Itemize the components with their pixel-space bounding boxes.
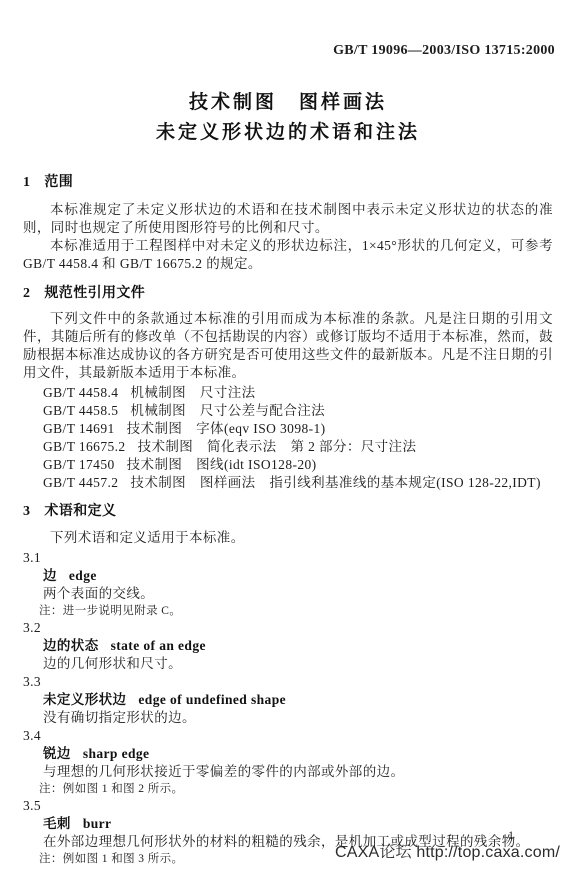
section-1-heading: 1范围 [23,172,553,192]
term-name-en: edge of undefined shape [138,692,286,707]
term-name: 毛刺burr [23,815,553,833]
term-entry: 3.4 锐边sharp edge 与理想的几何形状接近于零偏差的零件的内部或外部… [23,727,553,797]
section-2-heading: 2规范性引用文件 [23,283,553,303]
reference-title: 机械制图 尺寸公差与配合注法 [130,403,325,418]
reference-item: GB/T 4458.5机械制图 尺寸公差与配合注法 [23,402,553,420]
document-title-line2: 未定义形状边的术语和注法 [0,118,576,148]
reference-code: GB/T 16675.2 [43,439,126,454]
section-2-number: 2 [23,286,30,301]
term-number: 3.1 [23,549,553,567]
reference-item: GB/T 4458.4机械制图 尺寸注法 [23,384,553,402]
reference-code: GB/T 14691 [43,421,115,436]
document-title: 技术制图 图样画法 未定义形状边的术语和注法 [0,88,576,148]
term-name: 边的状态state of an edge [23,637,553,655]
term-note: 注：进一步说明见附录 C。 [23,603,553,619]
term-entry: 3.3 未定义形状边edge of undefined shape 没有确切指定… [23,673,553,727]
section-3-number: 3 [23,504,30,519]
term-name-cn: 毛刺 [43,816,71,831]
term-name-en: sharp edge [83,746,150,761]
section-1-paragraph-1: 本标准规定了未定义形状边的术语和在技术制图中表示未定义形状边的状态的准则，同时也… [23,201,553,237]
section-1-heading-label: 范围 [44,173,73,189]
reference-title: 技术制图 图线(idt ISO128-20) [127,457,317,472]
reference-item: GB/T 4457.2技术制图 图样画法 指引线利基准线的基本规定(ISO 12… [23,474,553,492]
reference-item: GB/T 16675.2技术制图 简化表示法 第 2 部分：尺寸注法 [23,438,553,456]
term-number: 3.3 [23,673,553,691]
reference-code: GB/T 4457.2 [43,475,118,490]
section-3-intro: 下列术语和定义适用于本标准。 [23,529,553,547]
term-definition: 两个表面的交线。 [23,585,553,603]
standard-code: GB/T 19096—2003/ISO 13715:2000 [333,43,555,59]
reference-list: GB/T 4458.4机械制图 尺寸注法 GB/T 4458.5机械制图 尺寸公… [23,384,553,492]
reference-code: GB/T 4458.4 [43,385,118,400]
term-number: 3.5 [23,797,553,815]
term-name: 边edge [23,567,553,585]
reference-title: 机械制图 尺寸注法 [130,385,255,400]
reference-code: GB/T 4458.5 [43,403,118,418]
document-page: GB/T 19096—2003/ISO 13715:2000 技术制图 图样画法… [0,0,576,869]
term-note: 注：例如图 1 和图 2 所示。 [23,781,553,797]
section-3-heading: 3术语和定义 [23,501,553,521]
term-definition: 边的几何形状和尺寸。 [23,655,553,673]
document-body: 1范围 本标准规定了未定义形状边的术语和在技术制图中表示未定义形状边的状态的准则… [23,172,553,867]
term-name-cn: 未定义形状边 [43,692,126,707]
caxa-watermark: CAXA论坛 http://top.caxa.com/ [335,839,560,862]
term-definition: 没有确切指定形状的边。 [23,709,553,727]
term-number: 3.4 [23,727,553,745]
term-number: 3.2 [23,619,553,637]
term-definition: 与理想的几何形状接近于零偏差的零件的内部或外部的边。 [23,763,553,781]
term-entry: 3.2 边的状态state of an edge 边的几何形状和尺寸。 [23,619,553,673]
term-name: 锐边sharp edge [23,745,553,763]
term-name: 未定义形状边edge of undefined shape [23,691,553,709]
term-name-cn: 边 [43,568,57,583]
section-3-heading-label: 术语和定义 [44,502,116,518]
reference-code: GB/T 17450 [43,457,115,472]
reference-item: GB/T 17450技术制图 图线(idt ISO128-20) [23,456,553,474]
document-title-line1: 技术制图 图样画法 [0,88,576,118]
reference-title: 技术制图 图样画法 指引线利基准线的基本规定(ISO 128-22,IDT) [130,475,540,490]
term-name-en: burr [83,816,112,831]
term-name-cn: 边的状态 [43,638,99,653]
reference-item: GB/T 14691技术制图 字体(eqv ISO 3098-1) [23,420,553,438]
section-1-paragraph-2: 本标准适用于工程图样中对未定义的形状边标注，1×45°形状的几何定义，可参考 G… [23,237,553,273]
section-2-heading-label: 规范性引用文件 [44,284,145,300]
term-entry: 3.1 边edge 两个表面的交线。 注：进一步说明见附录 C。 [23,549,553,619]
reference-title: 技术制图 字体(eqv ISO 3098-1) [127,421,326,436]
section-2-paragraph: 下列文件中的条款通过本标准的引用而成为本标准的条款。凡是注日期的引用文件，其随后… [23,310,553,382]
term-name-en: state of an edge [111,638,206,653]
reference-title: 技术制图 简化表示法 第 2 部分：尺寸注法 [138,439,417,454]
section-1-number: 1 [23,175,30,190]
term-name-cn: 锐边 [43,746,71,761]
term-name-en: edge [69,568,97,583]
